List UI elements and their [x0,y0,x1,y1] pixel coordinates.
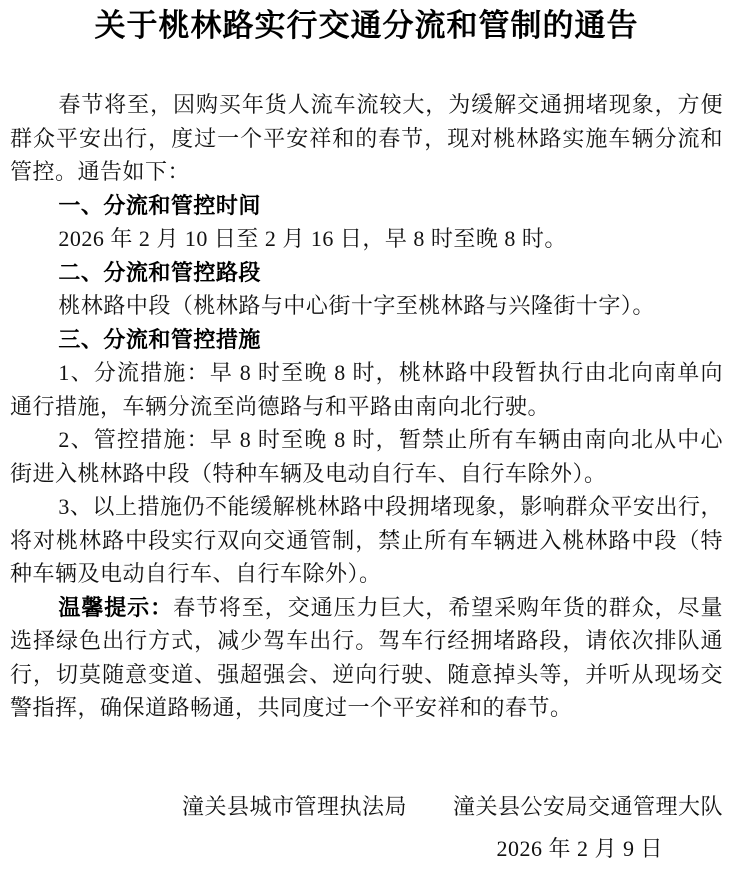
notice-document: 关于桃林路实行交通分流和管制的通告 春节将至，因购买年货人流车流较大，为缓解交通… [0,0,733,876]
signature-orgs: 潼关县城市管理执法局潼关县公安局交通管理大队 [0,790,733,823]
signature-org-2: 潼关县公安局交通管理大队 [453,794,723,819]
section-3-item-3: 3、以上措施仍不能缓解桃林路中段拥堵现象，影响群众平安出行，将对桃林路中段实行双… [10,490,723,591]
signature-block: 潼关县城市管理执法局潼关县公安局交通管理大队 2026 年 2 月 9 日 [0,790,733,865]
section-1-heading: 一、分流和管控时间 [10,189,723,223]
tip-paragraph: 温馨提示：春节将至，交通压力巨大，希望采购年货的群众，尽量选择绿色出行方式，减少… [10,591,723,725]
section-2-body: 桃林路中段（桃林路与中心街十字至桃林路与兴隆街十字）。 [10,289,723,323]
section-3-heading: 三、分流和管控措施 [10,323,723,357]
intro-paragraph: 春节将至，因购买年货人流车流较大，为缓解交通拥堵现象，方便群众平安出行，度过一个… [10,88,723,189]
tip-lead-label: 温馨提示： [58,595,173,620]
signature-date: 2026 年 2 月 9 日 [0,832,733,865]
section-2-heading: 二、分流和管控路段 [10,256,723,290]
notice-title: 关于桃林路实行交通分流和管制的通告 [0,6,733,46]
signature-org-1: 潼关县城市管理执法局 [182,794,407,819]
section-1-body: 2026 年 2 月 10 日至 2 月 16 日，早 8 时至晚 8 时。 [10,222,723,256]
notice-body: 春节将至，因购买年货人流车流较大，为缓解交通拥堵现象，方便群众平安出行，度过一个… [0,88,733,725]
section-3-item-2: 2、管控措施：早 8 时至晚 8 时，暂禁止所有车辆由南向北从中心街进入桃林路中… [10,423,723,490]
section-3-item-1: 1、分流措施：早 8 时至晚 8 时，桃林路中段暂执行由北向南单向通行措施，车辆… [10,356,723,423]
